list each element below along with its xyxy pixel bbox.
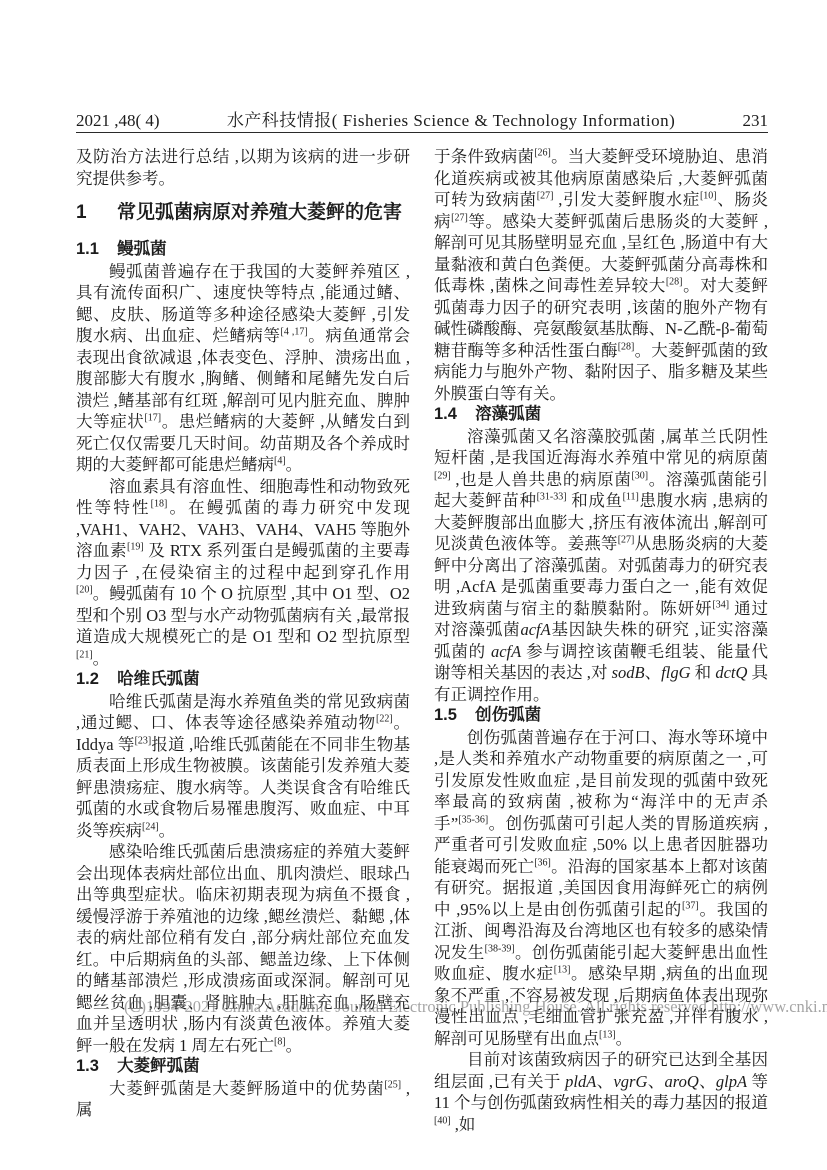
citation-ref: [31-33] bbox=[537, 492, 567, 503]
article-body: 及防治方法进行总结 ,以期为该病的进一步研究提供参考。1常见弧菌病原对养殖大菱鲆… bbox=[76, 146, 768, 1135]
citation-ref: [22] bbox=[376, 714, 393, 725]
gene-name: pldA bbox=[565, 1072, 596, 1091]
heading-title: 哈维氏弧菌 bbox=[117, 670, 200, 688]
heading-title: 创伤弧菌 bbox=[475, 706, 541, 724]
subsection-heading: 1.5创伤弧菌 bbox=[434, 705, 768, 727]
citation-ref: [18] bbox=[151, 499, 168, 510]
gene-name: glpA bbox=[716, 1072, 747, 1091]
header-issue: 2021 ,48( 4) bbox=[76, 111, 160, 131]
paragraph: 感染哈维氏弧菌后患溃疡症的养殖大菱鲆会出现体表病灶部位出血、肌肉溃烂、眼球凸出等… bbox=[76, 841, 410, 1056]
header-journal-title: 水产科技情报( Fisheries Science & Technology I… bbox=[227, 106, 675, 131]
citation-ref: [23] bbox=[135, 735, 152, 746]
paragraph: 大菱鲆弧菌是大菱鲆肠道中的优势菌[25] ,属 bbox=[76, 1078, 410, 1121]
heading-number: 1.2 bbox=[76, 670, 99, 688]
paragraph: 哈维氏弧菌是海水养殖鱼类的常见致病菌 ,通过鳃、口、体表等途径感染养殖动物[22… bbox=[76, 691, 410, 842]
citation-ref: [13] bbox=[554, 965, 571, 976]
heading-number: 1.4 bbox=[434, 405, 457, 423]
citation-ref: [40] bbox=[434, 1115, 451, 1126]
header-page-number: 231 bbox=[743, 111, 769, 131]
gene-name: sodB bbox=[612, 663, 645, 682]
citation-ref: [19] bbox=[127, 542, 144, 553]
heading-title: 大菱鲆弧菌 bbox=[117, 1057, 200, 1075]
paragraph: 溶藻弧菌又名溶藻胶弧菌 ,属革兰氏阴性短杆菌 ,是我国近海海水养殖中常见的病原菌… bbox=[434, 426, 768, 706]
heading-title: 溶藻弧菌 bbox=[475, 405, 541, 423]
heading-title: 鳗弧菌 bbox=[117, 240, 167, 258]
heading-number: 1.3 bbox=[76, 1057, 99, 1075]
left-column: 及防治方法进行总结 ,以期为该病的进一步研究提供参考。1常见弧菌病原对养殖大菱鲆… bbox=[76, 146, 410, 1135]
heading-number: 1.1 bbox=[76, 240, 99, 258]
citation-ref: [37] bbox=[682, 900, 699, 911]
paragraph: 创伤弧菌普遍存在于河口、海水等环境中 ,是人类和养殖水产动物重要的病原菌之一 ,… bbox=[434, 727, 768, 1050]
heading-number: 1.5 bbox=[434, 706, 457, 724]
citation-ref: [13] bbox=[599, 1029, 616, 1040]
paragraph: 溶血素具有溶血性、细胞毒性和动物致死性等特性[18]。在鳗弧菌的毒力研究中发现 … bbox=[76, 476, 410, 670]
citation-ref: [8] bbox=[274, 1036, 286, 1047]
citation-ref: [17] bbox=[144, 413, 161, 424]
gene-name: acfA bbox=[491, 642, 521, 661]
paragraph: 及防治方法进行总结 ,以期为该病的进一步研究提供参考。 bbox=[76, 146, 410, 189]
section-heading: 1常见弧菌病原对养殖大菱鲆的危害 bbox=[76, 200, 410, 226]
citation-ref: [27] bbox=[537, 191, 554, 202]
citation-ref: [4] bbox=[274, 456, 286, 467]
citation-ref: [28] bbox=[618, 341, 635, 352]
citation-ref: [30] bbox=[631, 470, 648, 481]
citation-ref: [4 ,17] bbox=[281, 327, 308, 338]
paragraph: 鳗弧菌普遍存在于我国的大菱鲆养殖区 ,具有流传面积广、速度快等特点 ,能通过鳍、… bbox=[76, 261, 410, 476]
paragraph: 于条件致病菌[26]。当大菱鲆受环境胁迫、患消化道疾病或被其他病原菌感染后 ,大… bbox=[434, 146, 768, 404]
citation-ref: [11] bbox=[623, 492, 639, 503]
heading-title: 常见弧菌病原对养殖大菱鲆的危害 bbox=[117, 202, 402, 223]
citation-ref: [20] bbox=[76, 585, 93, 596]
right-column: 于条件致病菌[26]。当大菱鲆受环境胁迫、患消化道疾病或被其他病原菌感染后 ,大… bbox=[434, 146, 768, 1135]
citation-ref: [34] bbox=[712, 599, 729, 610]
citation-ref: [10] bbox=[700, 191, 717, 202]
subsection-heading: 1.4溶藻弧菌 bbox=[434, 404, 768, 426]
citation-ref: [27] bbox=[618, 535, 635, 546]
citation-ref: [25] bbox=[384, 1079, 401, 1090]
citation-ref: [29] bbox=[434, 470, 451, 481]
gene-name: acfA bbox=[520, 620, 550, 639]
subsection-heading: 1.1鳗弧菌 bbox=[76, 239, 410, 261]
gene-name: vgrG bbox=[613, 1072, 647, 1091]
citation-ref: [26] bbox=[534, 148, 551, 159]
heading-number: 1 bbox=[76, 202, 87, 223]
subsection-heading: 1.3大菱鲆弧菌 bbox=[76, 1056, 410, 1078]
journal-page: 2021 ,48( 4) 水产科技情报( Fisheries Science &… bbox=[0, 0, 827, 1170]
citation-ref: [28] bbox=[666, 277, 683, 288]
citation-ref: [24] bbox=[142, 821, 159, 832]
citation-ref: [21] bbox=[76, 649, 93, 660]
header-rule bbox=[76, 132, 768, 133]
citation-ref: [27] bbox=[451, 212, 468, 223]
subsection-heading: 1.2哈维氏弧菌 bbox=[76, 669, 410, 691]
citation-ref: [36] bbox=[534, 857, 551, 868]
page-header: 2021 ,48( 4) 水产科技情报( Fisheries Science &… bbox=[76, 106, 768, 131]
gene-name: flgG bbox=[661, 663, 690, 682]
citation-ref: [35-36] bbox=[458, 814, 488, 825]
gene-name: dctQ bbox=[715, 663, 747, 682]
gene-name: aroQ bbox=[665, 1072, 699, 1091]
paragraph: 目前对该菌致病因子的研究已达到全基因组层面 ,已有关于 pldA、vgrG、ar… bbox=[434, 1049, 768, 1135]
citation-ref: [38-39] bbox=[485, 943, 515, 954]
